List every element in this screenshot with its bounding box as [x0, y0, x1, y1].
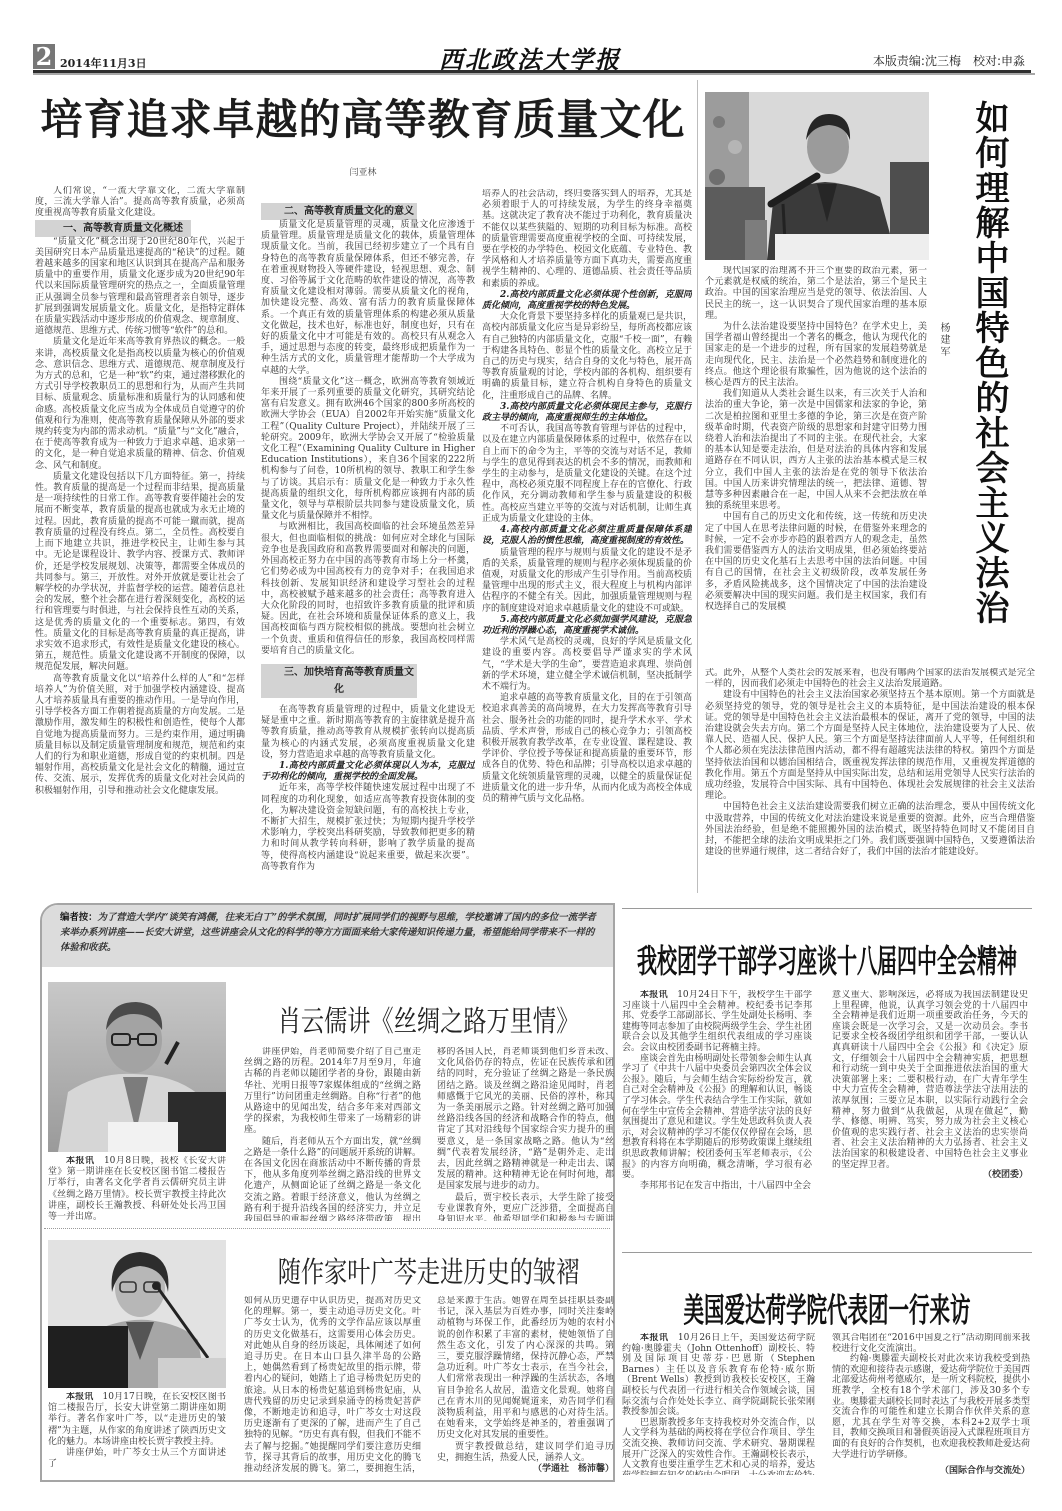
news-title: 我校团学干部学习座谈十八届四中全会精神	[622, 935, 1032, 964]
lecturer-ye-image	[48, 1240, 226, 1388]
law-article-narrow-text: 现代国家的治理离不开三个重要的政治元素，第一个元素就是权威的统治，第二个是法治，…	[705, 266, 927, 668]
paragraph-text: 10月26日上午，美国爱达荷学院约翰·奥滕霍夫（John Ottenhoff）副…	[622, 1333, 815, 1417]
paragraph: “质量文化”概念出现于20世纪80年代，兴起于美国研究日本产品质量迅速提高的“秘…	[35, 237, 245, 338]
news-title: 美国爱达荷学院代表团一行来访	[622, 1283, 1032, 1313]
paragraph: 中国有自己的历史文化和传统，这一传统和历史决定了中国人在思考法律问题的时候，在借…	[705, 512, 927, 613]
lecture-title: 肖云儒讲《丝绸之路万里情》	[240, 1001, 605, 1041]
paragraph: 我们知道从人类社会诞生以来，有三次关于人治和法治的重大争论，第一次是中国儒家和法…	[705, 389, 927, 512]
lecturer-xiao-image	[48, 982, 226, 1152]
editor-note-text: 编者按：为了营造大学内“谈笑有鸿儒，往来无白丁”的学术氛围，同时扩展同学们的视野…	[60, 910, 600, 955]
paragraph: 大众化背景下要坚持多样化的质量观已是共识，高校内部质量文化应当是异彩纷呈，每所高…	[482, 312, 692, 402]
paragraph: 不可否认，我国高等教育管理与评估的过程中，以及在建立内部质量保障体系的过程中，依…	[482, 424, 692, 525]
paragraph: 总是来源于生活。她曾在周至县挂职县委副书记，深入基层为百姓办事，同时关注秦岭动植…	[437, 1296, 614, 1442]
paragraph: 为什么法治建设要坚持中国特色？在学术史上，美国学者福山曾经提出一个著名的概念，他…	[705, 322, 927, 389]
article-title: 培育追求卓越的高等教育质量文化	[33, 94, 693, 146]
law-article-wide-text: 式。此外，从整个人类社会的发展来看，也没有哪两个国家的法治发展模式是完全一样的，…	[705, 668, 1035, 894]
paragraph: 本报讯 10月8日晚，我校《长安大讲堂》第一期讲座在长安校区图书馆二楼报告厅举行…	[48, 1156, 226, 1220]
news-text-column-b: 意义重大、影响深远，必将成为我国法制建设史上里程碑，他说，认真学习领会党的十八届…	[832, 990, 1028, 1230]
lead-tag: 本报讯	[640, 990, 668, 1000]
section-heading: 三、加快培育高等教育质量文化	[261, 664, 417, 698]
news-text-column-b: 领其合唱团在“2016中国夏之行”活动期间前来我校进行文化交流演出。 约翰·奥滕…	[832, 1333, 1030, 1475]
lecture-title-text: 肖云儒讲《丝绸之路万里情》	[278, 1001, 580, 1041]
speaker-at-microphone-image	[705, 92, 929, 260]
paragraph: 追求卓越的高等教育质量文化，目的在于引领高校追求真善美的高尚境界，在大力发挥高等…	[482, 693, 692, 805]
column-divider	[697, 80, 698, 893]
paragraph: 意义重大、影响深远，必将成为我国法制建设史上里程碑，他说，认真学习领会党的十八届…	[832, 990, 1028, 1170]
paragraph: 讲座伊始，叶广芩女士从三个方面讲述了	[48, 1448, 226, 1470]
lecture-title-text: 随作家叶广芩走进历史的皱褶	[278, 1252, 580, 1292]
editor-note: 编者按：为了营造大学内“谈笑有鸿儒，往来无白丁”的学术氛围，同时扩展同学们的视野…	[42, 905, 613, 967]
paragraph: 式。此外，从整个人类社会的发展来看，也没有哪两个国家的法治发展模式是完全一样的，…	[705, 668, 1035, 690]
vertical-article-title: 如何理解中国特色的社会主义法治	[966, 100, 1012, 645]
header-rule-shadow	[33, 73, 1035, 75]
paragraph: 高等教育质量文化以“培养什么样的人”和“怎样培养人”为价值关照，对于加强学校内涵…	[35, 674, 245, 797]
section-heading: 一、高等教育质量文化概述	[35, 220, 191, 237]
paragraph: 近年来，高等学校伴随快速发展过程中出现了不同程度的功利化现象，如适应高等教育投资…	[261, 783, 475, 873]
article-author: 杨建军	[936, 322, 951, 358]
paragraph: 质量文化建设包括以下几方面特征。第一，持续性。教育质量的提高是一个过程而非结果，…	[35, 472, 245, 674]
news-text-column-a: 本报讯 10月26日上午，美国爱达荷学院约翰·奥滕霍夫（John Ottenho…	[622, 1333, 815, 1475]
paragraph: 贾宇教授做总结，建议同学们追寻历史，拥抱生活，热爱人民，涵养人文。	[437, 1442, 614, 1464]
reporter-byline: （学通社 杨沛馨）	[437, 1464, 614, 1474]
paragraph: 建设有中国特色的社会主义法治国家必须坚持五个基本原则。第一个方面就是必须坚持党的…	[705, 690, 1035, 802]
paragraph: 现代国家的治理离不开三个重要的政治元素，第一个元素就是权威的统治，第二个是法治，…	[705, 266, 927, 322]
article-author: 闫亚林	[33, 165, 693, 178]
paragraph: 约翰·奥滕霍夫副校长对此次来访我校受到热情的欢迎和接待表示感谢，爱达荷学院位于美…	[832, 1354, 1030, 1460]
article-column-3: 培养人的社会活动，终归要落实到人的培养，尤其是必须着眼于人的可持续发展，为学生的…	[482, 189, 692, 894]
paragraph: 如何从历史遗存中认识历史，提高对历史文化的理解。第一，要主动追寻历史文化。叶广芩…	[244, 1296, 421, 1474]
lead-tag: 本报讯	[640, 1333, 668, 1343]
paragraph: 讲座伊始，肖老师简要介绍了自己重走丝绸之路的历程。2014年7月至9月，年逾古稀…	[244, 1047, 421, 1137]
lecture-text-column-a: 如何从历史遗存中认识历史，提高对历史文化的理解。第一，要主动追寻历史文化。叶广芩…	[244, 1296, 421, 1474]
issue-date: 2014年11月3日	[60, 55, 147, 71]
paragraph: 最后，贾宇校长表示，大学生除了接受专业课教育外，更应广泛涉猎，全面提高自身知识水…	[437, 1193, 614, 1221]
page-number: 2	[33, 44, 55, 69]
paragraph: 本报讯 10月26日上午，美国爱达荷学院约翰·奥滕霍夫（John Ottenho…	[622, 1333, 815, 1418]
lecture-text-column-b: 移的各国人民，肖老师谈到他们乡音未改、文化风俗仍存的特点，佐证在民族传承和团结的…	[437, 1047, 614, 1221]
paragraph: 李邦邦书记在发言中指出，十八届四中全会	[622, 1181, 812, 1192]
lecturer-photo	[48, 982, 226, 1152]
lecturer-photo	[48, 1240, 226, 1388]
news-title-text: 我校团学干部学习座谈十八届四中全会精神	[637, 935, 1017, 981]
photo-caption: 本报讯 10月8日晚，我校《长安大讲堂》第一期讲座在长安校区图书馆二楼报告厅举行…	[48, 1156, 226, 1220]
newspaper-page: 2 2014年11月3日 西北政法大学报 本版责编:沈三梅 校对:申淼 培育追求…	[0, 0, 1062, 1511]
paragraph: 学术风气是高校的灵魂，良好的学风是质量文化建设的重要内容。高校要倡导严谨求实的学…	[482, 637, 692, 693]
lecture-title: 随作家叶广芩走进历史的皱褶	[240, 1252, 605, 1292]
speaker-photo	[705, 92, 929, 260]
paragraph: 领其合唱团在“2016中国夏之行”活动期间前来我校进行文化交流演出。	[832, 1333, 1030, 1354]
paragraph: 培养人的社会活动，终归要落实到人的培养，尤其是必须着眼于人的可持续发展，为学生的…	[482, 189, 692, 290]
news-title-text: 美国爱达荷学院代表团一行来访	[684, 1283, 971, 1331]
reporter-byline: （国际合作与交流处）	[832, 1466, 1030, 1475]
news-text-column-a: 本报讯 10月24日下午，我校学生干部学习座谈十八届四中全会精神。校纪委书记李邦…	[622, 990, 812, 1230]
paragraph: 质量文化是近年来高等教育界热议的概念。一般来讲，高校质量文化是指高校以质量为核心…	[35, 337, 245, 471]
paragraph: 围绕“质量文化”这一概念，欧洲高等教育领域近年来开展了一系列重要的质量文化研究，…	[261, 377, 475, 523]
paragraph: 巴恩斯教授多年支持我校对外交流合作，以人文学科为基础的两校将在学位合作项目、学生…	[622, 1418, 815, 1475]
paragraph: 质量文化是质量管理的灵魂，质量文化应渗透于质量管理。质量管理是质量文化的载体，质…	[261, 220, 475, 377]
paragraph: 人们常说，“一流大学靠文化，二流大学靠制度，三流大学靠人治”。提高高等教育质量，…	[35, 186, 245, 220]
paragraph: 中国特色社会主义法治建设需要我们树立正确的法治理念，要从中国传统文化中汲取营养，…	[705, 802, 1035, 858]
paragraph: 座谈会首先由杨明副处长带领参会师生认真学习了《中共十八届中央委员会第四次全体会议…	[622, 1054, 812, 1181]
lecture-text-column-a: 讲座伊始，肖老师简要介绍了自己重走丝绸之路的历程。2014年7月至9月，年逾古稀…	[244, 1047, 421, 1221]
reporter-byline: （校团委）	[832, 1170, 1028, 1181]
editor-note-body: 为了营造大学内“谈笑有鸿儒，往来无白丁”的学术氛围，同时扩展同学们的视野与思维，…	[60, 912, 596, 953]
paragraph: 随后，肖老师从五个方面出发，就“丝绸之路是一条什么路”的问题展开系统的讲解。在各…	[244, 1137, 421, 1221]
section-divider	[622, 908, 1032, 909]
paragraph: 在高等教育质量管理的过程中，质量文化建设无疑是重中之重。新时期高等教育的主旋律就…	[261, 705, 475, 761]
dotted-divider	[44, 1228, 610, 1229]
paragraph: 本报讯 10月17日晚，在长安校区图书馆二楼报告厅，长安大讲堂第二期讲座如期举行…	[48, 1392, 226, 1448]
editor-note-label: 编者按：	[60, 912, 98, 923]
editor-credit: 本版责编:沈三梅 校对:申淼	[820, 52, 1025, 69]
lecture-text-column-b: 总是来源于生活。她曾在周至县挂职县委副书记，深入基层为百姓办事，同时关注秦岭动植…	[437, 1296, 614, 1474]
paragraph: 本报讯 10月24日下午，我校学生干部学习座谈十八届四中全会精神。校纪委书记李邦…	[622, 990, 812, 1054]
paragraph: 与欧洲相比，我国高校面临的社会环境虽然差异很大，但也面临相似的挑战：如何应对全球…	[261, 522, 475, 656]
article-column-1: 人们常说，“一流大学靠文化，二流大学靠制度，三流大学靠人治”。提高高等教育质量，…	[35, 186, 245, 894]
section-heading: 二、高等教育质量文化的意义	[261, 203, 417, 220]
subheading: 5.高校内部质量文化必须加强学风建设，克服急功近利的浮躁心态，高度重视学术诚信。	[482, 615, 692, 637]
article-column-2: 二、高等教育质量文化的意义 质量文化是质量管理的灵魂，质量文化应渗透于质量管理。…	[261, 201, 475, 894]
paragraph: 质量管理的程序与规则与质量文化的建设不是矛盾的关系，质量管理的规则与程序必须体现…	[482, 548, 692, 615]
lead-tag: 本报讯	[66, 1392, 93, 1402]
subheading: 2.高校内部质量文化必须体现个性创新，克服同质化倾向，高度重视学校的特色发展。	[482, 290, 692, 312]
subheading: 3.高校内部质量文化必须体现民主参与，克服行政主导的倾向，高度重视师生的主体地位…	[482, 402, 692, 424]
lead-tag: 本报讯	[66, 1156, 94, 1166]
subheading: 1.高校内部质量文化必须体现以人为本，克服过于功利化的倾向，重视学校的全面发展。	[261, 761, 475, 783]
photo-caption: 本报讯 10月17日晚，在长安校区图书馆二楼报告厅，长安大讲堂第二期讲座如期举行…	[48, 1392, 226, 1474]
subheading: 4.高校内部质量文化必须注重质量保障体系建设，克服人治的惯性思维，高度重视制度的…	[482, 525, 692, 547]
section-divider	[622, 1252, 1032, 1253]
paragraph: 移的各国人民，肖老师谈到他们乡音未改、文化风俗仍存的特点，佐证在民族传承和团结的…	[437, 1047, 614, 1193]
